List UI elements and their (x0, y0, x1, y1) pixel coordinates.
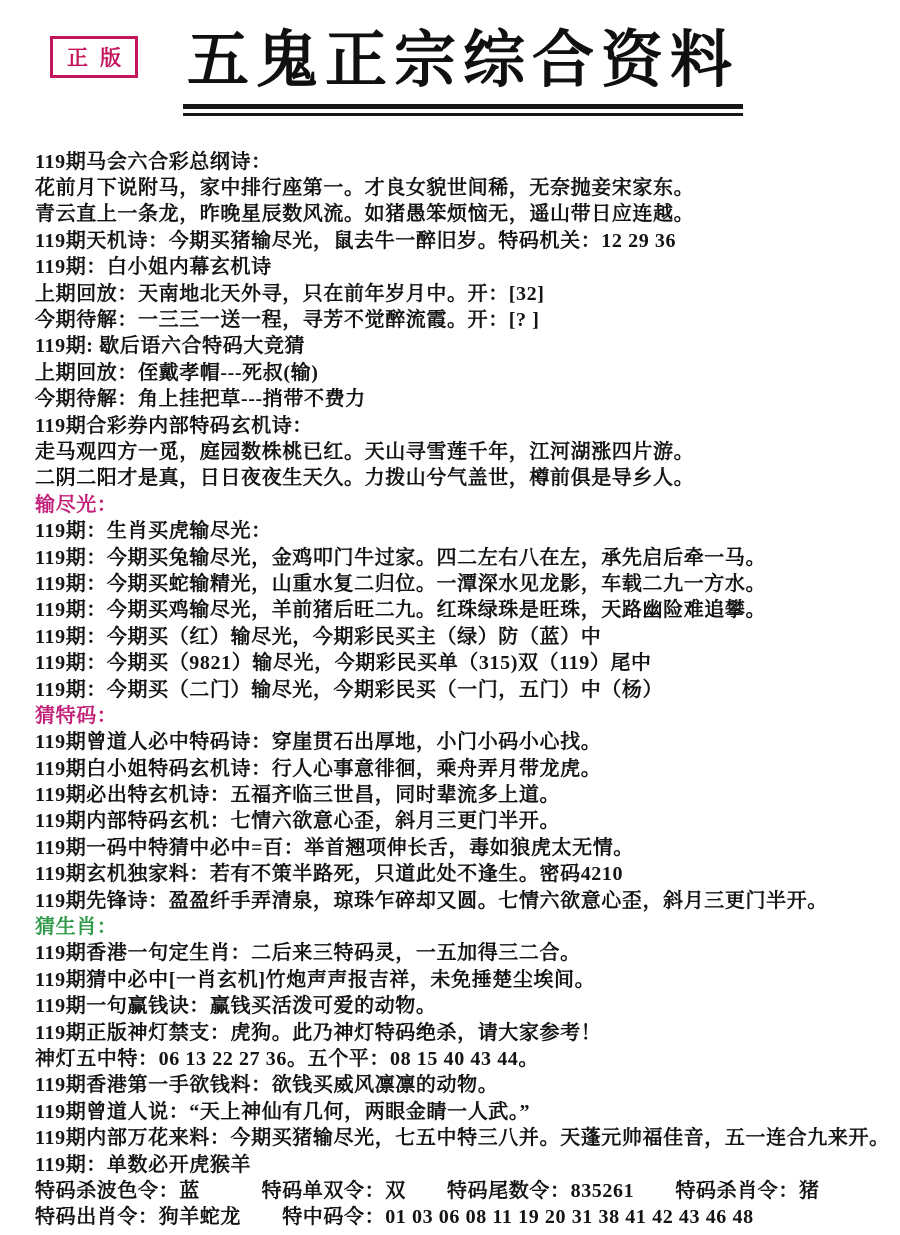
title-underline-thin (183, 113, 743, 116)
text-line: 二阴二阳才是真，日日夜夜生天久。力拨山兮气盖世，樽前俱是导乡人。 (35, 463, 885, 489)
lottery-info-page: 正版 五鬼正宗综合资料 119期马会六合彩总纲诗：花前月下说附马，家中排行座第一… (0, 0, 900, 1235)
text-line: 119期香港第一手欲钱料：欲钱买威风凛凛的动物。 (35, 1070, 885, 1096)
text-line: 119期一句赢钱诀：赢钱买活泼可爱的动物。 (35, 991, 885, 1017)
text-line: 119期猜中必中[一肖玄机]竹炮声声报吉祥，未免捶楚尘埃间。 (35, 964, 885, 990)
text-line: 119期：今期买蛇输精光，山重水复二归位。一潭深水见龙影，车载二九一方水。 (35, 568, 885, 594)
text-line: 119期：今期买（9821）输尽光，今期彩民买单（315)双（119）尾中 (35, 647, 885, 673)
text-line: 119期：今期买鸡输尽光，羊前猪后旺二九。红珠绿珠是旺珠，天路幽险难追攀。 (35, 595, 885, 621)
text-line: 今期待解：角上挂把草---捎带不费力 (35, 384, 885, 410)
text-line: 119期曾道人必中特码诗：穿崖贯石出厚地，小门小码小心找。 (35, 727, 885, 753)
page-title: 五鬼正宗综合资料 (183, 26, 743, 96)
text-line: 119期：今期买兔输尽光，金鸡叩门牛过家。四二左右八在左，承先启后牵一马。 (35, 542, 885, 568)
text-line: 今期待解：一三三一送一程，寻芳不觉醉流霞。开：[? ] (35, 304, 885, 330)
text-line: 119期马会六合彩总纲诗： (35, 146, 885, 172)
text-line: 走马观四方一觅，庭园数株桃已红。天山寻雪莲千年，江河湖涨四片游。 (35, 436, 885, 462)
text-line: 119期香港一句定生肖：二后来三特码灵，一五加得三二合。 (35, 938, 885, 964)
section-header: 猜生肖： (35, 911, 885, 937)
text-line: 特码杀波色令：蓝 特码单双令：双 特码尾数令：835261 特码杀肖令：猪 (35, 1175, 885, 1201)
text-line: 119期：白小姐内幕玄机诗 (35, 252, 885, 278)
text-line: 119期：生肖买虎输尽光： (35, 515, 885, 541)
text-line: 119期合彩券内部特码玄机诗： (35, 410, 885, 436)
authentic-badge: 正版 (50, 36, 138, 78)
text-line: 神灯五中特：06 13 22 27 36。五个平：08 15 40 43 44。 (35, 1043, 885, 1069)
section-header: 猜特码： (35, 700, 885, 726)
text-line: 花前月下说附马，家中排行座第一。才良女貌世间稀，无奈抛妾宋家东。 (35, 172, 885, 198)
text-line: 上期回放：侄戴孝帽---死叔(输) (35, 357, 885, 383)
text-line: 上期回放：天南地北天外寻，只在前年岁月中。开：[32] (35, 278, 885, 304)
text-line: 119期内部万花来料：今期买猪输尽光，七五中特三八并。天蓬元帅福佳音，五一连合九… (35, 1122, 885, 1148)
text-line: 特码出肖令：狗羊蛇龙 特中码令：01 03 06 08 11 19 20 31 … (35, 1202, 885, 1228)
text-line: 119期内部特码玄机：七情六欲意心歪，斜月三更门半开。 (35, 806, 885, 832)
title-underline-thick (183, 104, 743, 109)
text-line: 119期: 歇后语六合特码大竞猜 (35, 331, 885, 357)
text-line: 119期白小姐特码玄机诗：行人心事意徘徊，乘舟弄月带龙虎。 (35, 753, 885, 779)
text-line: 119期正版神灯禁支：虎狗。此乃神灯特码绝杀，请大家参考！ (35, 1017, 885, 1043)
content-text: 119期马会六合彩总纲诗：花前月下说附马，家中排行座第一。才良女貌世间稀，无奈抛… (35, 146, 885, 1228)
text-line: 119期曾道人说：“天上神仙有几何，两眼金睛一人武。” (35, 1096, 885, 1122)
text-line: 119期：今期买（二门）输尽光，今期彩民买（一门，五门）中（杨） (35, 674, 885, 700)
text-line: 119期必出特玄机诗：五福齐临三世昌，同时辈流多上道。 (35, 779, 885, 805)
text-line: 青云直上一条龙，昨晚星辰数风流。如猪愚笨烦恼无，遥山带日应连越。 (35, 199, 885, 225)
text-line: 119期一码中特猜中必中=百：举首翘项伸长舌，毒如狼虎太无情。 (35, 832, 885, 858)
text-line: 119期先锋诗：盈盈纤手弄清泉，琼珠乍碎却又圆。七情六欲意心歪，斜月三更门半开。 (35, 885, 885, 911)
section-header: 输尽光： (35, 489, 885, 515)
text-line: 119期天机诗：今期买猪输尽光，鼠去牛一醉旧岁。特码机关：12 29 36 (35, 225, 885, 251)
text-line: 119期：今期买（红）输尽光，今期彩民买主（绿）防（蓝）中 (35, 621, 885, 647)
text-line: 119期玄机独家料：若有不策半路死，只道此处不逢生。密码4210 (35, 859, 885, 885)
text-line: 119期：单数必开虎猴羊 (35, 1149, 885, 1175)
